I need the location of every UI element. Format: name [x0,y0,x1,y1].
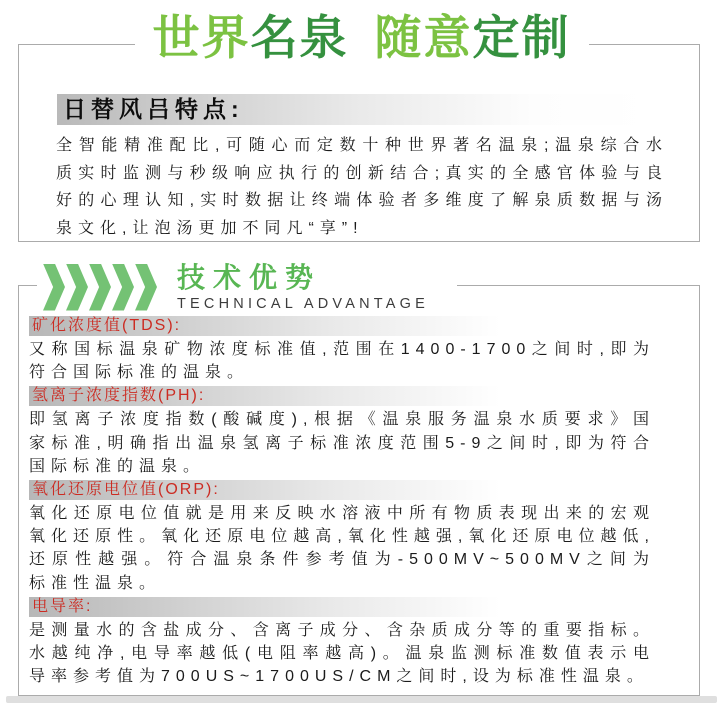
features-heading: 日替风吕特点: [57,94,651,125]
features-panel: 日替风吕特点: 全智能精准配比,可随心而定数十种世界著名温泉;温泉综合水质实时监… [18,44,700,242]
tech-title: 技术优势 [177,262,429,294]
chevrons-arrow-icon [43,264,157,311]
spec-section-ph: 氢离子浓度指数(PH): 即氢离子浓度指数(酸碱度),根据《温泉服务温泉水质要求… [19,386,699,478]
spec-body-orp: 氧化还原电位值就是用来反映水溶液中所有物质表现出来的宏观氧化还原性。氧化还原电位… [29,502,655,595]
page-title: 世界名泉随意定制 [135,6,589,70]
chevron-right-icon [135,264,157,311]
spec-section-conductivity: 电导率: 是测量水的含盐成分、含离子成分、含杂质成分等的重要指标。水越纯净,电导… [19,597,699,689]
features-body: 全智能精准配比,可随心而定数十种世界著名温泉;温泉综合水质实时监测与秒级响应执行… [56,132,668,242]
spec-label-ph: 氢离子浓度指数(PH): [29,386,633,406]
chevron-right-icon [112,264,134,311]
title-segment-light: 随意 [375,11,473,64]
tech-titles: 技术优势 TECHNICAL ADVANTAGE [177,262,429,312]
chevron-right-icon [66,264,88,311]
spec-body-tds: 又称国标温泉矿物浓度标准值,范围在1400-1700之间时,即为符合国际标准的温… [29,338,655,384]
spec-section-tds: 矿化浓度值(TDS): 又称国标温泉矿物浓度标准值,范围在1400-1700之间… [19,316,699,384]
page: 世界名泉随意定制 日替风吕特点: 全智能精准配比,可随心而定数十种世界著名温泉;… [0,0,723,703]
spec-label-tds: 矿化浓度值(TDS): [29,316,633,336]
tech-header: 技术优势 TECHNICAL ADVANTAGE [37,258,457,316]
spec-label-conductivity: 电导率: [29,597,633,617]
spec-body-ph: 即氢离子浓度指数(酸碱度),根据《温泉服务温泉水质要求》国家标准,明确指出温泉氢… [29,408,655,478]
chevron-right-icon [43,264,65,311]
spec-section-orp: 氧化还原电位值(ORP): 氧化还原电位值就是用来反映水溶液中所有物质表现出来的… [19,480,699,595]
title-segment-dark: 定制 [473,11,571,64]
chevron-right-icon [89,264,111,311]
tech-panel: 技术优势 TECHNICAL ADVANTAGE 矿化浓度值(TDS): 又称国… [18,285,700,696]
tech-subtitle: TECHNICAL ADVANTAGE [177,296,429,312]
bottom-strip [6,696,717,703]
spec-label-orp: 氧化还原电位值(ORP): [29,480,633,500]
title-segment-dark: 名泉 [251,11,349,64]
title-segment-light: 世界 [153,11,251,64]
spec-body-conductivity: 是测量水的含盐成分、含离子成分、含杂质成分等的重要指标。水越纯净,电导率越低(电… [29,619,655,689]
